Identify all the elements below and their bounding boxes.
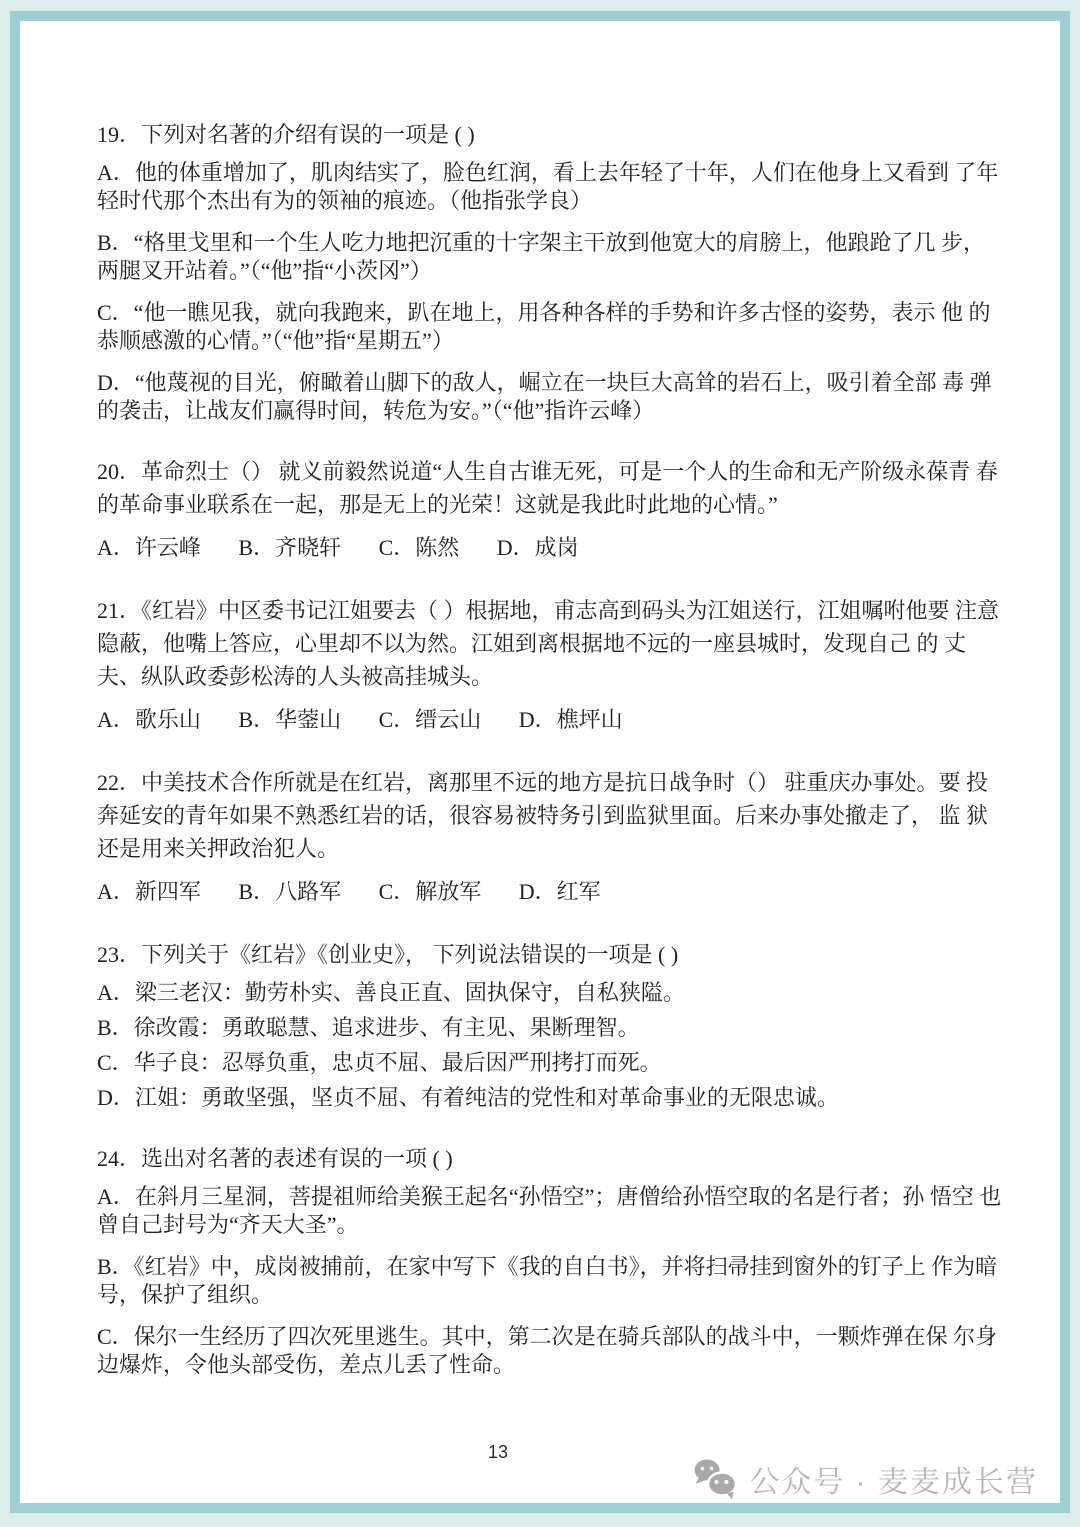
question-22-option-d: D．红军	[519, 879, 601, 904]
question-22-option-b: B．八路军	[238, 879, 341, 904]
question-21-option-a: A．歌乐山	[97, 707, 201, 732]
question-22: 22．中美技术合作所就是在红岩，离那里不远的地方是抗日战争时（） 驻重庆办事处。…	[97, 766, 1008, 908]
question-20: 20．革命烈士（） 就义前毅然说道“人生自古谁无死，可是一个人的生命和无产阶级永…	[97, 455, 1008, 564]
question-20-option-d: D．成岗	[497, 535, 579, 560]
watermark-text: 公众号 · 麦麦成长营	[749, 1457, 1038, 1501]
watermark: 公众号 · 麦麦成长营	[693, 1457, 1038, 1501]
question-20-option-a: A．许云峰	[97, 535, 201, 560]
question-24-stem: 24．选出对名著的表述有误的一项 ( )	[97, 1142, 1008, 1175]
question-19-option-b: B．“格里戈里和一个生人吃力地把沉重的十字架主干放到他宽大的肩膀上，他踉跄了几 …	[97, 229, 1008, 285]
question-23: 23．下列关于《红岩》《创业史》， 下列说法错误的一项是 ( ) A．梁三老汉：…	[97, 938, 1008, 1112]
question-24-option-c: C．保尔一生经历了四次死里逃生。其中，第二次是在骑兵部队的战斗中，一颗炸弹在保 …	[97, 1323, 1008, 1379]
question-21-option-c: C．缙云山	[379, 707, 482, 732]
worksheet-page: 19．下列对名著的介绍有误的一项是 ( ) A．他的体重增加了，肌肉结实了，脸色…	[20, 21, 1060, 1503]
question-23-option-c: C．华子良：忍辱负重，忠贞不屈、最后因严刑拷打而死。	[97, 1049, 1008, 1077]
question-23-stem: 23．下列关于《红岩》《创业史》， 下列说法错误的一项是 ( )	[97, 938, 1008, 971]
question-22-options: A．新四军 B．八路军 C．解放军 D．红军	[97, 875, 1008, 908]
question-24: 24．选出对名著的表述有误的一项 ( ) A．在斜月三星洞，菩提祖师给美猴王起名…	[97, 1142, 1008, 1379]
question-24-option-b: B．《红岩》中，成岗被捕前，在家中写下《我的自白书》，并将扫帚挂到窗外的钉子上 …	[97, 1253, 1008, 1309]
question-19-option-d: D．“他蔑视的目光，俯瞰着山脚下的敌人，崛立在一块巨大高耸的岩石上，吸引着全部 …	[97, 369, 1008, 425]
question-20-stem: 20．革命烈士（） 就义前毅然说道“人生自古谁无死，可是一个人的生命和无产阶级永…	[97, 455, 1008, 521]
question-19-option-a: A．他的体重增加了，肌肉结实了，脸色红润，看上去年轻了十年，人们在他身上又看到 …	[97, 159, 1008, 215]
question-23-option-a: A．梁三老汉：勤劳朴实、善良正直、固执保守，自私狭隘。	[97, 979, 1008, 1007]
question-19-stem: 19．下列对名著的介绍有误的一项是 ( )	[97, 118, 1008, 151]
question-21: 21．《红岩》中区委书记江姐要去（ ）根据地，甫志高到码头为江姐送行，江姐嘱咐他…	[97, 594, 1008, 736]
question-24-option-a: A．在斜月三星洞，菩提祖师给美猴王起名“孙悟空”；唐僧给孙悟空取的名是行者；孙 …	[97, 1183, 1008, 1239]
question-19: 19．下列对名著的介绍有误的一项是 ( ) A．他的体重增加了，肌肉结实了，脸色…	[97, 118, 1008, 425]
question-20-options: A．许云峰 B．齐晓轩 C．陈然 D．成岗	[97, 531, 1008, 564]
question-21-option-b: B．华蓥山	[238, 707, 341, 732]
page-background: 19．下列对名著的介绍有误的一项是 ( ) A．他的体重增加了，肌肉结实了，脸色…	[0, 0, 1080, 1527]
worksheet-content: 19．下列对名著的介绍有误的一项是 ( ) A．他的体重增加了，肌肉结实了，脸色…	[20, 21, 1060, 1379]
question-21-option-d: D．樵坪山	[519, 707, 623, 732]
wechat-icon	[693, 1458, 739, 1500]
page-frame: 19．下列对名著的介绍有误的一项是 ( ) A．他的体重增加了，肌肉结实了，脸色…	[10, 11, 1070, 1513]
question-21-options: A．歌乐山 B．华蓥山 C．缙云山 D．樵坪山	[97, 703, 1008, 736]
question-19-option-c: C．“他一瞧见我，就向我跑来，趴在地上，用各种各样的手势和许多古怪的姿势，表示 …	[97, 299, 1008, 355]
question-22-stem: 22．中美技术合作所就是在红岩，离那里不远的地方是抗日战争时（） 驻重庆办事处。…	[97, 766, 1008, 865]
question-20-option-c: C．陈然	[379, 535, 460, 560]
question-23-option-d: D．江姐：勇敢坚强，坚贞不屈、有着纯洁的党性和对革命事业的无限忠诚。	[97, 1084, 1008, 1112]
question-23-option-b: B．徐改霞：勇敢聪慧、追求进步、有主见、果断理智。	[97, 1014, 1008, 1042]
question-22-option-a: A．新四军	[97, 879, 201, 904]
question-20-option-b: B．齐晓轩	[238, 535, 341, 560]
question-22-option-c: C．解放军	[379, 879, 482, 904]
question-21-stem: 21．《红岩》中区委书记江姐要去（ ）根据地，甫志高到码头为江姐送行，江姐嘱咐他…	[97, 594, 1008, 693]
